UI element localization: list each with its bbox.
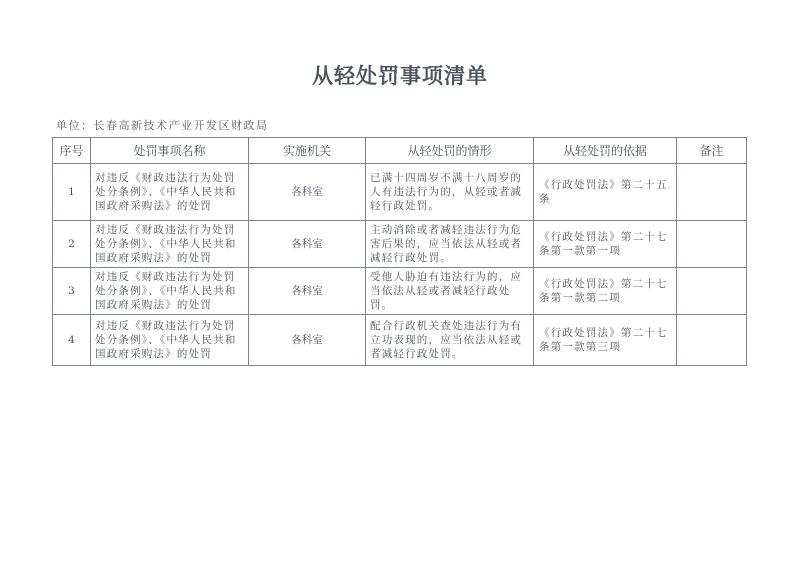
row-remark: [677, 221, 747, 268]
header-no: 序号: [53, 138, 91, 164]
row-item-name: 对违反《财政违法行为处罚处分条例》、《中华人民共和国政府采购法》的处罚: [91, 221, 249, 268]
penalty-list-table: 序号 处罚事项名称 实施机关 从轻处罚的情形 从轻处罚的依据 备注 1 对违反《…: [52, 137, 747, 366]
row-item-name: 对违反《财政违法行为处罚处分条例》、《中华人民共和国政府采购法》的处罚: [91, 164, 249, 221]
row-item-name: 对违反《财政违法行为处罚处分条例》、《中华人民共和国政府采购法》的处罚: [91, 268, 249, 315]
header-circumstance: 从轻处罚的情形: [366, 138, 534, 164]
row-no: 2: [53, 221, 91, 268]
table-row: 4 对违反《财政违法行为处罚处分条例》、《中华人民共和国政府采购法》的处罚 各科…: [53, 315, 747, 366]
row-basis: 《行政处罚法》第二十五条: [534, 164, 677, 221]
row-circumstance: 已满十四周岁不满十八周岁的人有违法行为的，从轻或者减轻行政处罚。: [366, 164, 534, 221]
row-item-name: 对违反《财政违法行为处罚处分条例》、《中华人民共和国政府采购法》的处罚: [91, 315, 249, 366]
row-basis: 《行政处罚法》第二十七条第一款第三项: [534, 315, 677, 366]
issuing-unit: 单位：长春高新技术产业开发区财政局: [56, 117, 269, 133]
table-row: 3 对违反《财政违法行为处罚处分条例》、《中华人民共和国政府采购法》的处罚 各科…: [53, 268, 747, 315]
row-remark: [677, 315, 747, 366]
row-circumstance: 受他人胁迫有违法行为的，应当依法从轻或者减轻行政处罚。: [366, 268, 534, 315]
row-no: 4: [53, 315, 91, 366]
table-header-row: 序号 处罚事项名称 实施机关 从轻处罚的情形 从轻处罚的依据 备注: [53, 138, 747, 164]
row-agency: 各科室: [249, 164, 366, 221]
table-row: 2 对违反《财政违法行为处罚处分条例》、《中华人民共和国政府采购法》的处罚 各科…: [53, 221, 747, 268]
row-circumstance: 主动消除或者减轻违法行为危害后果的，应当依法从轻或者减轻行政处罚。: [366, 221, 534, 268]
header-remark: 备注: [677, 138, 747, 164]
header-agency: 实施机关: [249, 138, 366, 164]
table-row: 1 对违反《财政违法行为处罚处分条例》、《中华人民共和国政府采购法》的处罚 各科…: [53, 164, 747, 221]
row-basis: 《行政处罚法》第二十七条第一款第二项: [534, 268, 677, 315]
header-basis: 从轻处罚的依据: [534, 138, 677, 164]
row-agency: 各科室: [249, 221, 366, 268]
header-item-name: 处罚事项名称: [91, 138, 249, 164]
row-agency: 各科室: [249, 268, 366, 315]
row-circumstance: 配合行政机关查处违法行为有立功表现的，应当依法从轻或者减轻行政处罚。: [366, 315, 534, 366]
row-basis: 《行政处罚法》第二十七条第一款第一项: [534, 221, 677, 268]
row-remark: [677, 268, 747, 315]
document-title: 从轻处罚事项清单: [0, 60, 800, 90]
row-no: 3: [53, 268, 91, 315]
row-remark: [677, 164, 747, 221]
row-agency: 各科室: [249, 315, 366, 366]
row-no: 1: [53, 164, 91, 221]
